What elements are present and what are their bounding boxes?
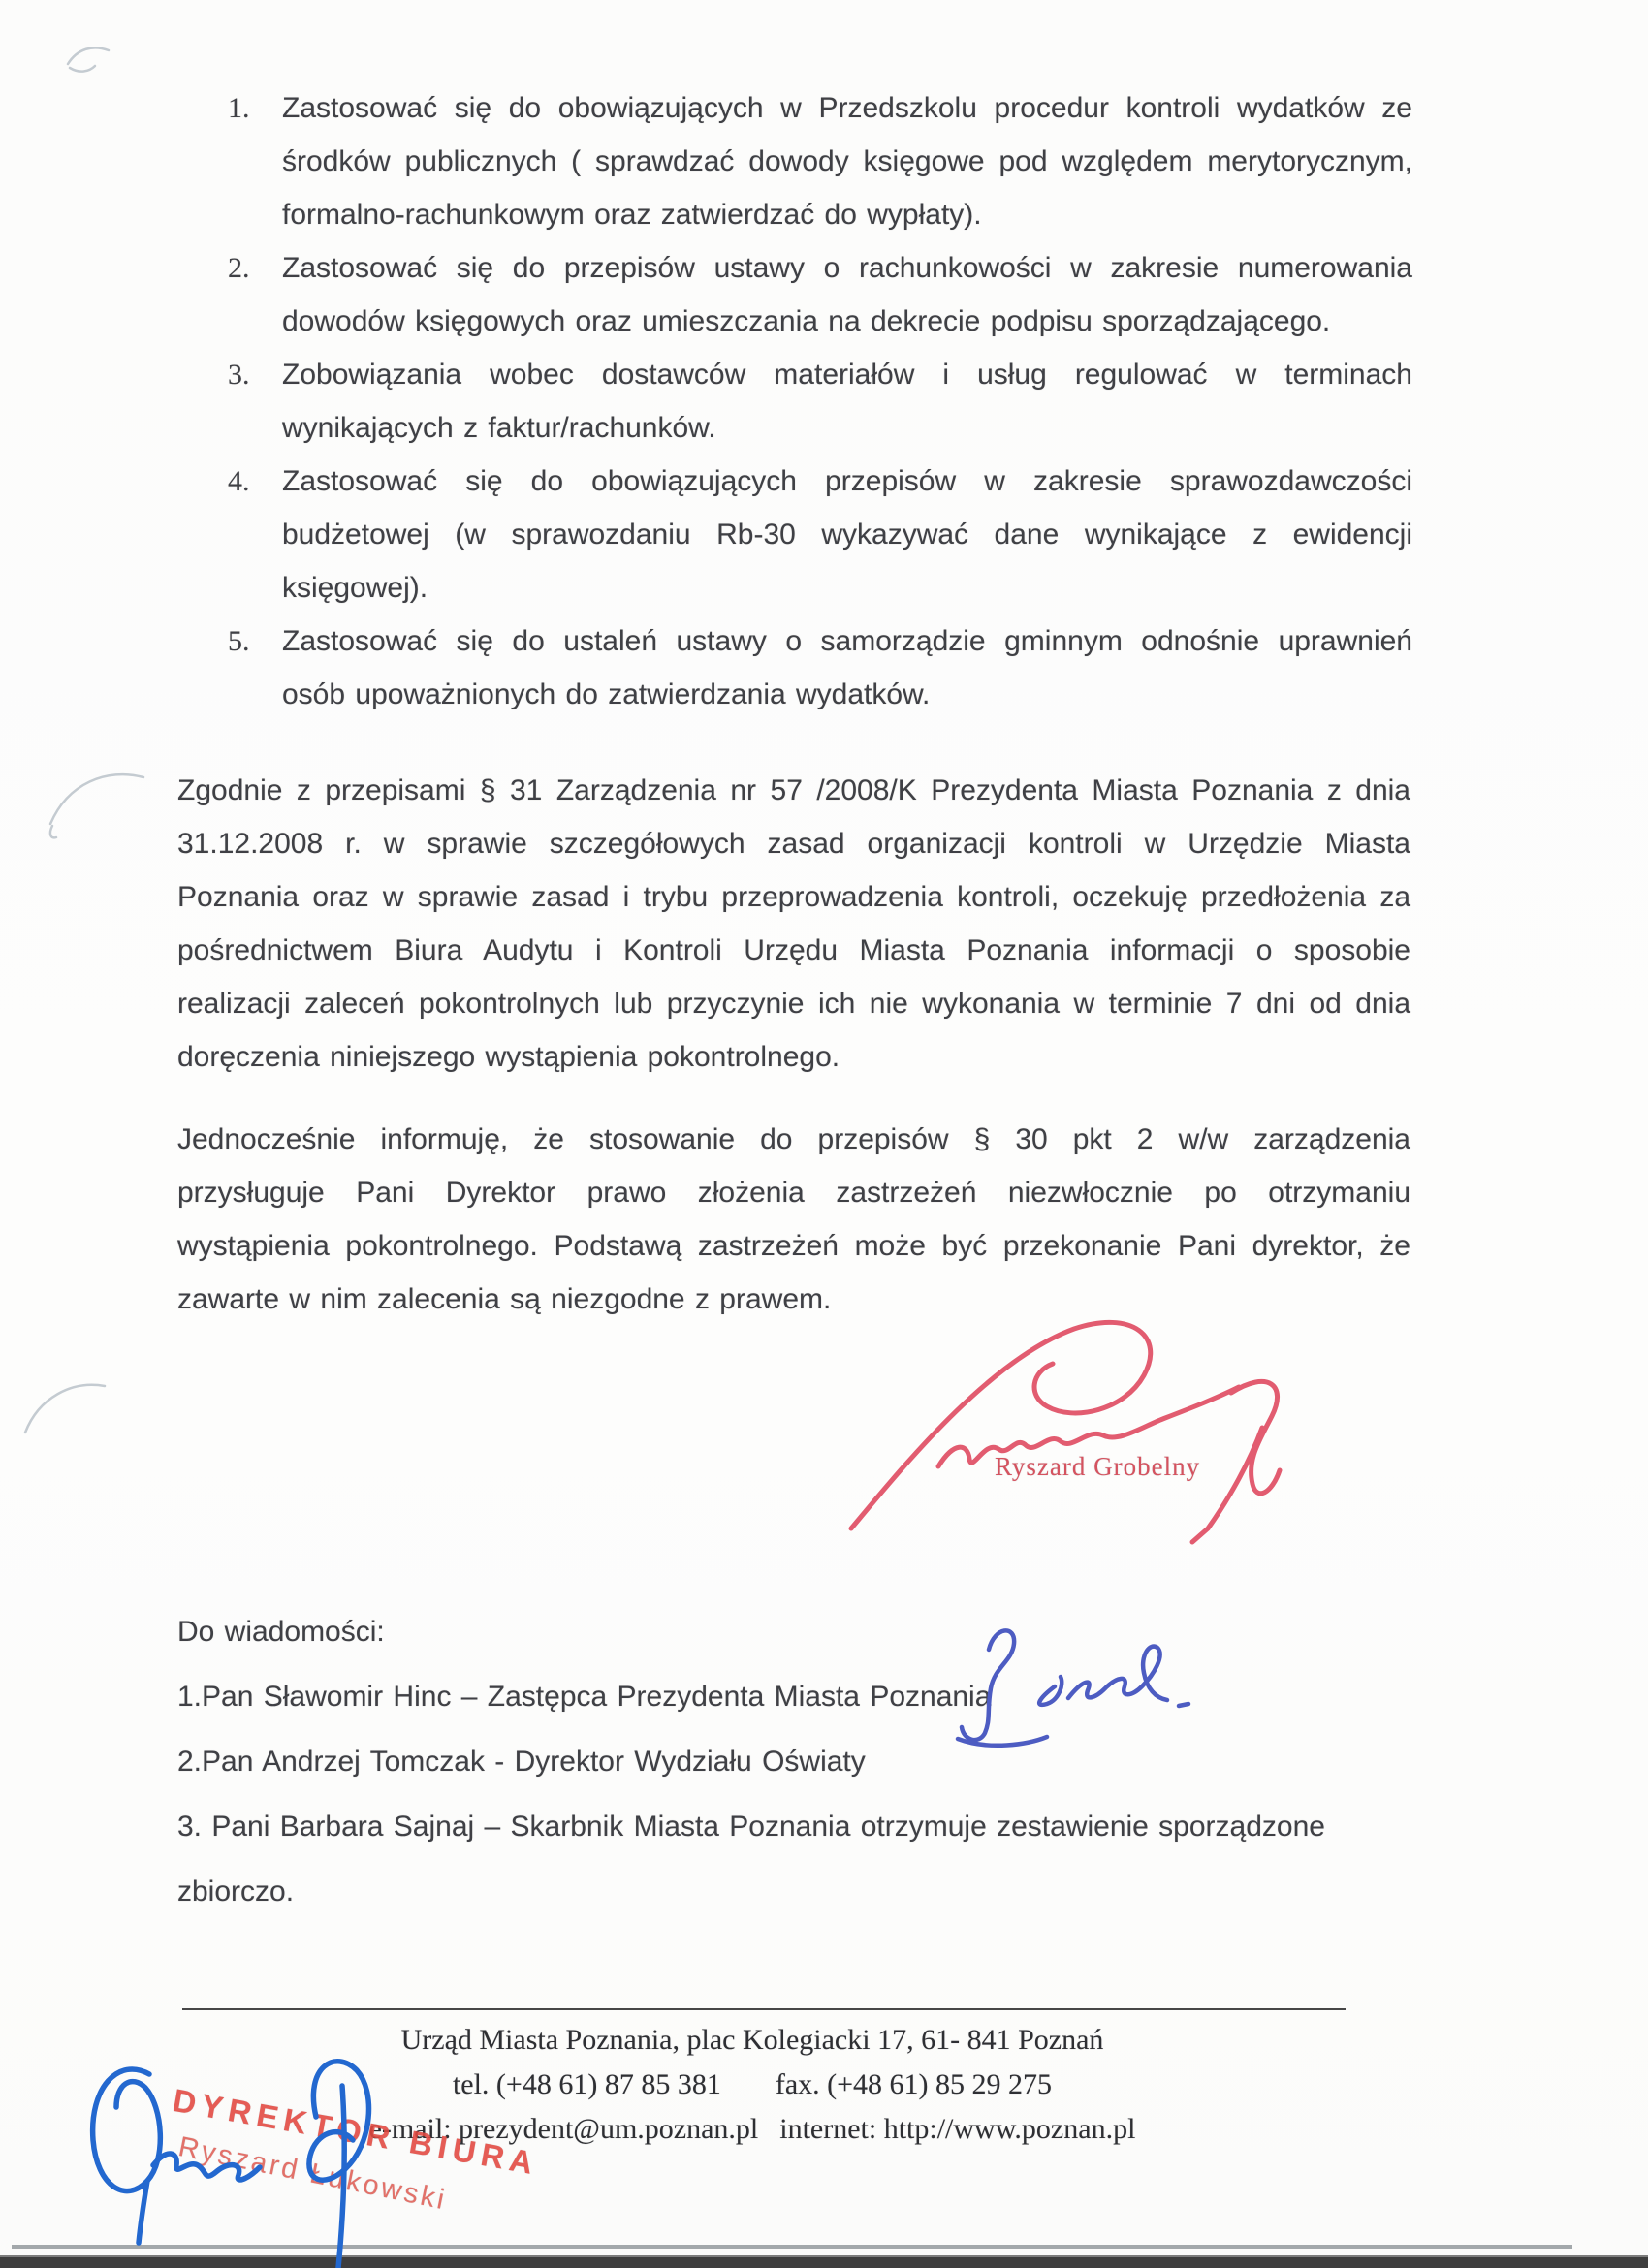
list-number: 1.	[228, 81, 282, 241]
list-item: 1. Zastosować się do obowiązujących w Pr…	[228, 81, 1412, 241]
document-page: 1. Zastosować się do obowiązujących w Pr…	[0, 0, 1648, 2268]
list-number: 4.	[228, 455, 282, 614]
list-item: 2. Zastosować się do przepisów ustawy o …	[228, 241, 1412, 348]
list-item: 3. Zobowiązania wobec dostawców materiał…	[228, 348, 1412, 455]
list-number: 2.	[228, 241, 282, 348]
recommendations-list: 1. Zastosować się do obowiązujących w Pr…	[228, 81, 1412, 721]
scan-artifact-curve	[16, 1365, 122, 1457]
paragraph-objections: Jednocześnie informuję, że stosowanie do…	[177, 1113, 1410, 1326]
paragraph-compliance: Zgodnie z przepisami § 31 Zarządzenia nr…	[177, 764, 1410, 1084]
text-line: Zastosować się do obowiązujących przepis…	[282, 455, 1412, 508]
text-line: pośrednictwem Biura Audytu i Kontroli Ur…	[177, 924, 1410, 977]
list-number: 5.	[228, 614, 282, 721]
list-item: 4. Zastosować się do obowiązujących prze…	[228, 455, 1412, 614]
text-line: Zobowiązania wobec dostawców materiałów …	[282, 348, 1412, 401]
scan-artifact-curve	[39, 754, 155, 846]
text-line: Zastosować się do przepisów ustawy o rac…	[282, 241, 1412, 295]
text-line: Jednocześnie informuję, że stosowanie do…	[177, 1113, 1410, 1166]
distribution-heading: Do wiadomości:	[177, 1599, 1438, 1664]
list-item: 5. Zastosować się do ustaleń ustawy o sa…	[228, 614, 1412, 721]
text-line: doręczenia niniejszego wystąpienia pokon…	[177, 1030, 1410, 1084]
footer-tel: tel. (+48 61) 87 85 381	[453, 2068, 721, 2100]
text-line: wynikających z faktur/rachunków.	[282, 401, 1412, 455]
text-line: przysługuje Pani Dyrektor prawo złożenia…	[177, 1166, 1410, 1219]
footer-internet: internet: http://www.poznan.pl	[779, 2113, 1135, 2145]
distribution-item: 1.Pan Sławomir Hinc – Zastępca Prezydent…	[177, 1664, 1438, 1729]
text-line: dowodów księgowych oraz umieszczania na …	[282, 295, 1412, 348]
scan-artifact-mark	[60, 35, 128, 88]
text-line: Zastosować się do obowiązujących w Przed…	[282, 81, 1412, 135]
text-line: formalno-rachunkowym oraz zatwierdzać do…	[282, 188, 1412, 241]
signature-scribble-red	[824, 1304, 1328, 1560]
footer-divider	[182, 2008, 1346, 2010]
distribution-item: 2.Pan Andrzej Tomczak - Dyrektor Wydział…	[177, 1729, 1438, 1794]
distribution-section: Do wiadomości: 1.Pan Sławomir Hinc – Zas…	[177, 1599, 1438, 1924]
distribution-item: zbiorczo.	[177, 1859, 1438, 1924]
distribution-item: 3. Pani Barbara Sajnaj – Skarbnik Miasta…	[177, 1794, 1438, 1859]
text-line: wystąpienia pokontrolnego. Podstawą zast…	[177, 1219, 1410, 1273]
text-line: Poznania oraz w sprawie zasad i trybu pr…	[177, 870, 1410, 924]
text-line: księgowej).	[282, 561, 1412, 614]
text-line: realizacji zaleceń pokontrolnych lub prz…	[177, 977, 1410, 1030]
text-line: 31.12.2008 r. w sprawie szczegółowych za…	[177, 817, 1410, 870]
text-line: osób upoważnionych do zatwierdzania wyda…	[282, 668, 1412, 721]
text-line: budżetowej (w sprawozdaniu Rb-30 wykazyw…	[282, 508, 1412, 561]
paraph-signature-blue	[938, 1617, 1210, 1786]
footer-fax: fax. (+48 61) 85 29 275	[776, 2068, 1052, 2100]
text-line: środków publicznych ( sprawdzać dowody k…	[282, 135, 1412, 188]
director-signature-blue	[56, 2047, 405, 2268]
list-number: 3.	[228, 348, 282, 455]
text-line: Zastosować się do ustaleń ustawy o samor…	[282, 614, 1412, 668]
text-line: Zgodnie z przepisami § 31 Zarządzenia nr…	[177, 764, 1410, 817]
